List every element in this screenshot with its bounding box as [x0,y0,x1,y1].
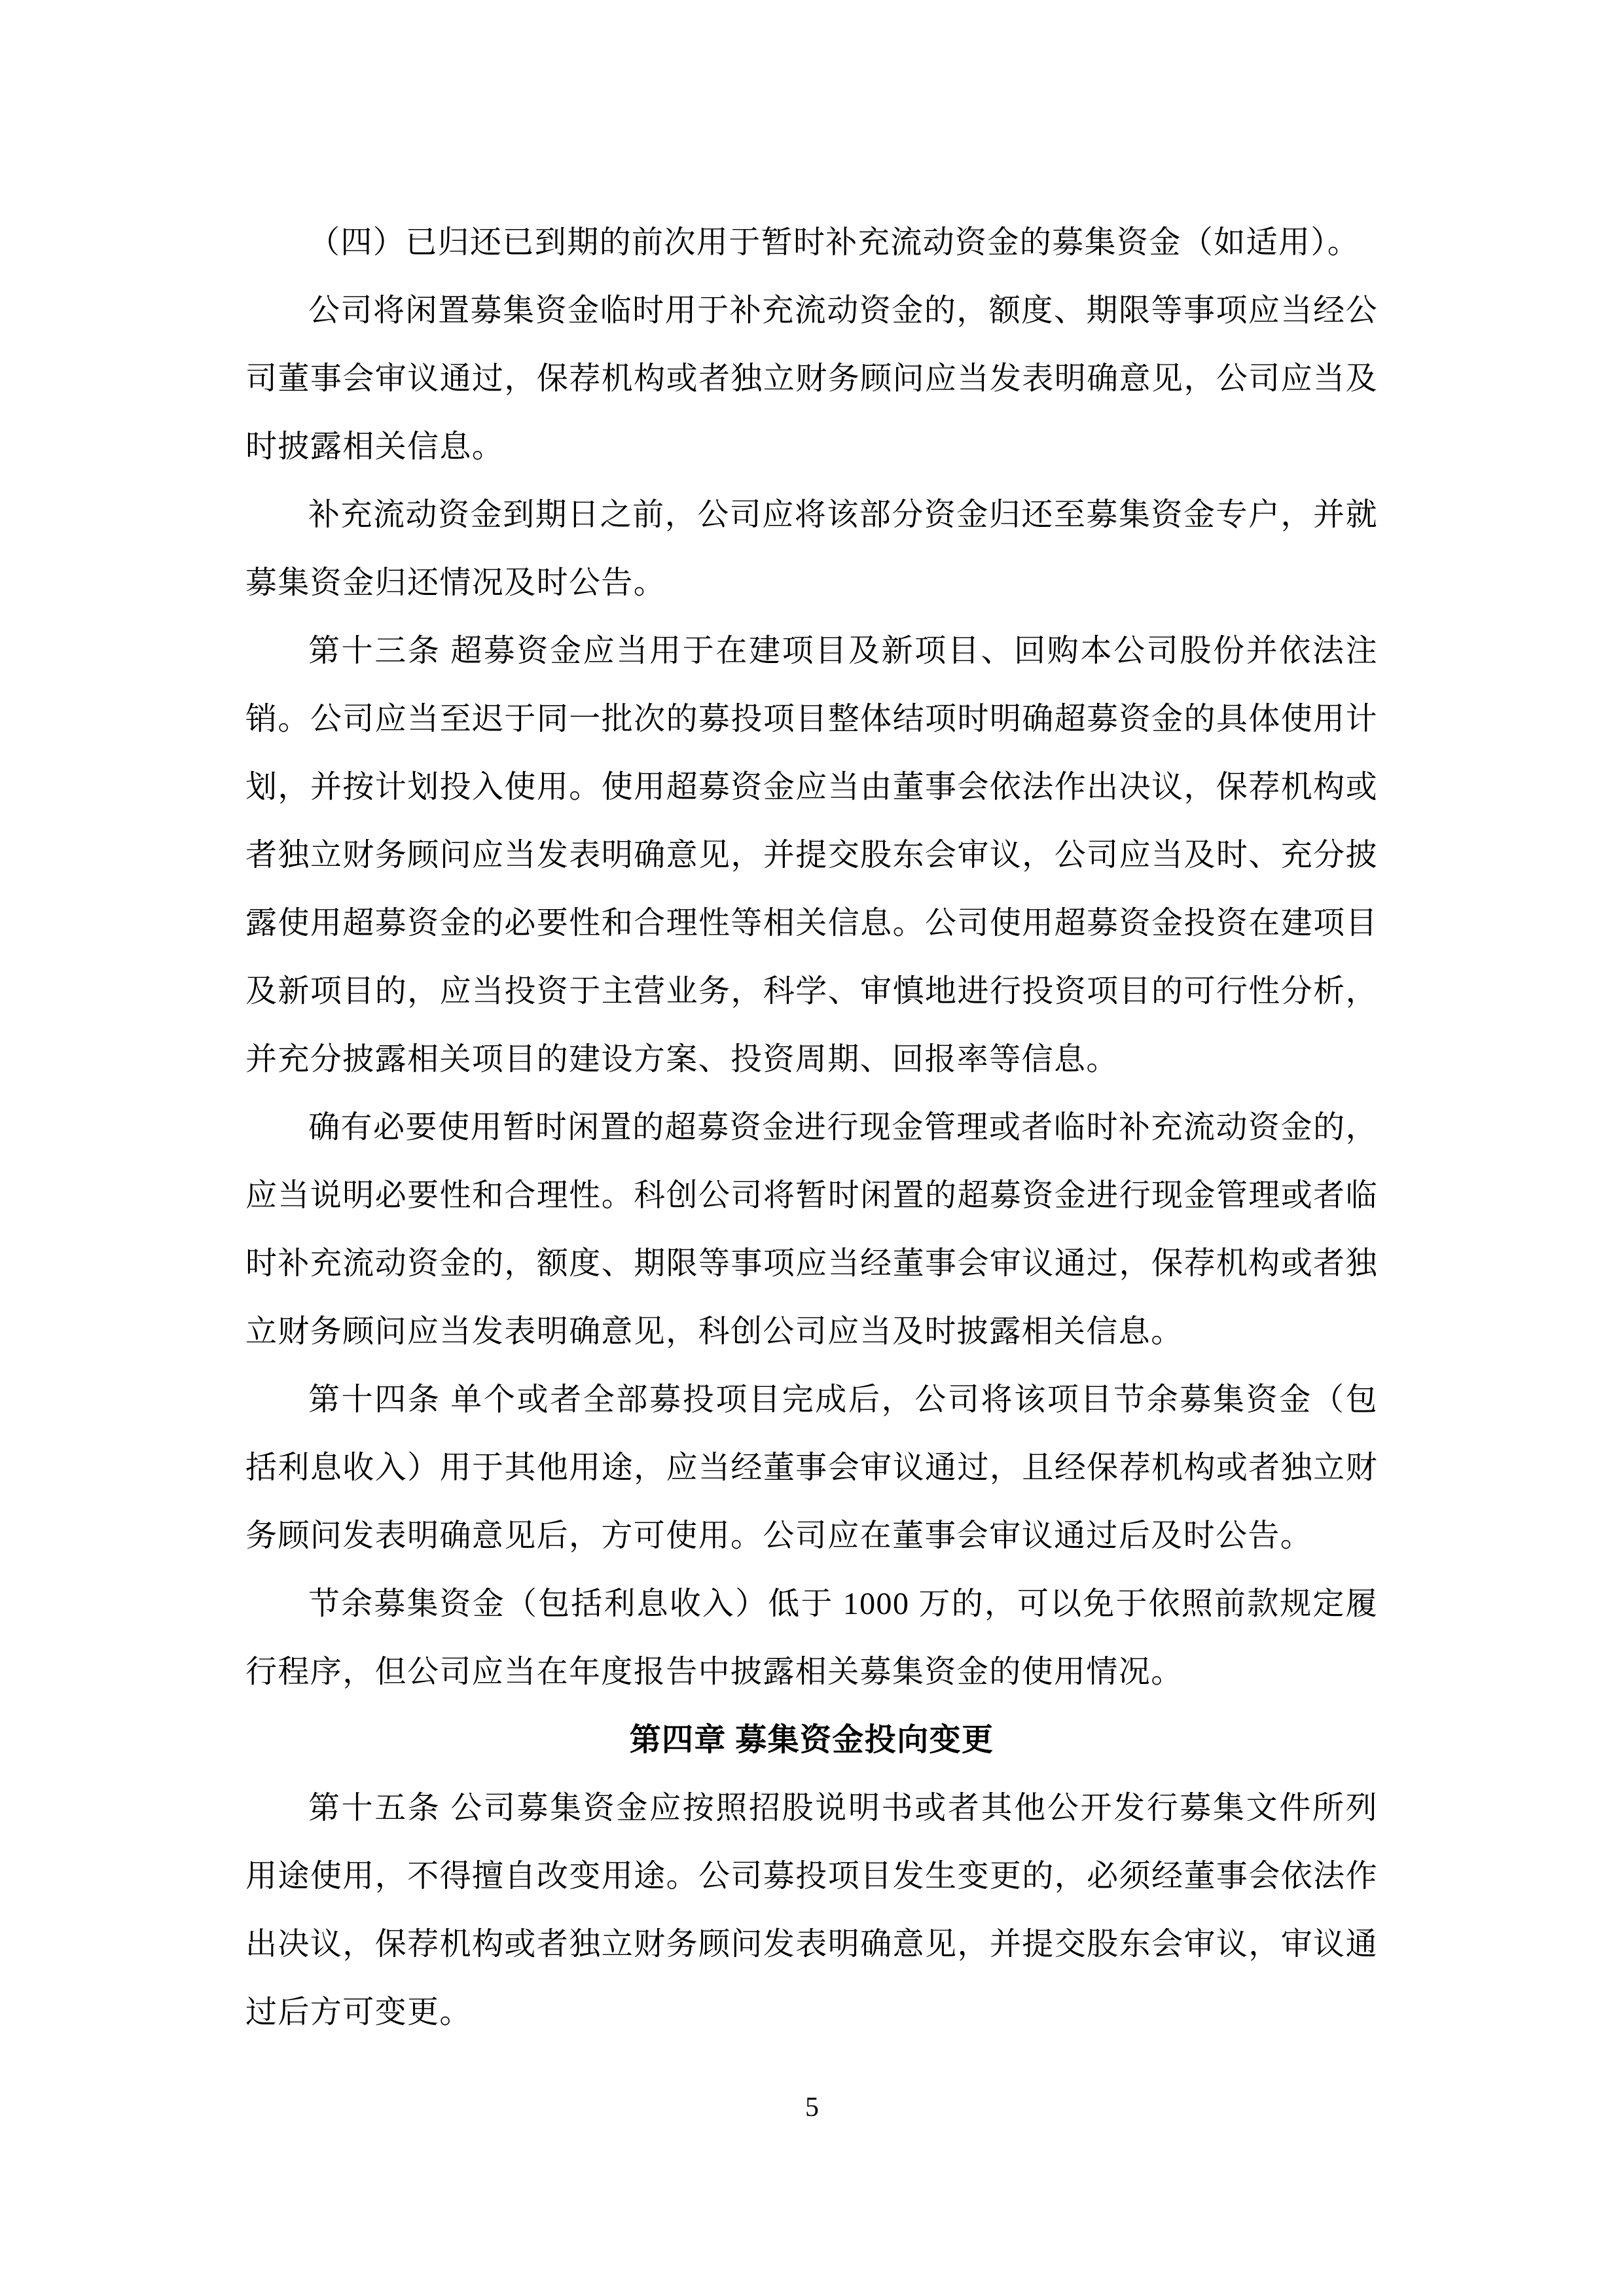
paragraph-surplus-funds: 节余募集资金（包括利息收入）低于 1000 万的，可以免于依照前款规定履行程序，… [245,1570,1378,1706]
paragraph-item-4: （四）已归还已到期的前次用于暂时补充流动资金的募集资金（如适用）。 [245,209,1378,277]
paragraph-article-13: 第十三条 超募资金应当用于在建项目及新项目、回购本公司股份并依法注销。公司应当至… [245,617,1378,1094]
document-body: （四）已归还已到期的前次用于暂时补充流动资金的募集资金（如适用）。 公司将闲置募… [245,209,1378,2047]
page-number: 5 [0,2092,1624,2123]
paragraph-repayment: 补充流动资金到期日之前，公司应将该部分资金归还至募集资金专户，并就募集资金归还情… [245,481,1378,617]
chapter-heading: 第四章 募集资金投向变更 [245,1706,1378,1774]
paragraph-article-14: 第十四条 单个或者全部募投项目完成后，公司将该项目节余募集资金（包括利息收入）用… [245,1366,1378,1570]
paragraph-article-15: 第十五条 公司募集资金应按照招股说明书或者其他公开发行募集文件所列用途使用，不得… [245,1774,1378,2047]
document-page: （四）已归还已到期的前次用于暂时补充流动资金的募集资金（如适用）。 公司将闲置募… [0,0,1624,2296]
paragraph-cash-management: 确有必要使用暂时闲置的超募资金进行现金管理或者临时补充流动资金的，应当说明必要性… [245,1094,1378,1366]
paragraph-idle-funds: 公司将闲置募集资金临时用于补充流动资金的，额度、期限等事项应当经公司董事会审议通… [245,277,1378,481]
